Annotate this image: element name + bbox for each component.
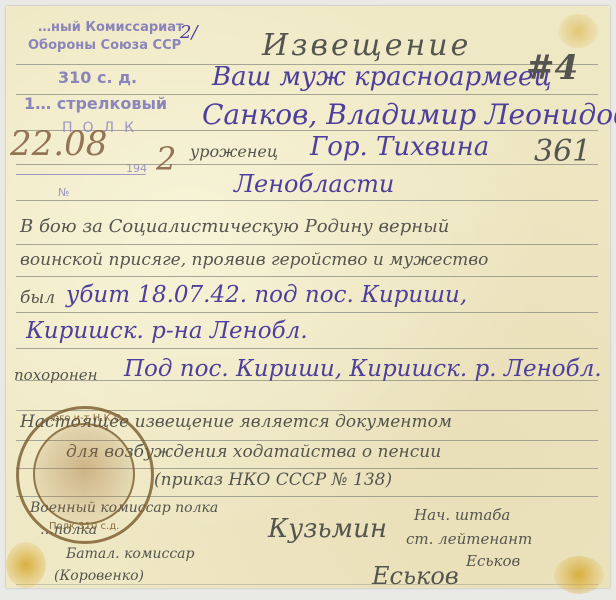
body-line-8: Киришск. р-на Ленобл. [26,318,308,344]
corner-mark: 2/ [180,22,198,43]
ruled-line [16,312,598,313]
body-line-3-prefix: уроженец [190,142,278,161]
official-seal: …ого и-т Н.К.О. Полк 310 с.д. [16,406,154,544]
right-signer-name: Еськов [466,552,520,570]
handwritten-day-mark: 2 [156,140,176,178]
body-line-9-prefix: похоронен [14,366,97,384]
body-line-7-prefix: был [20,288,55,308]
document-paper: …ный Комиссариат Обороны Союза ССР 310 с… [6,6,610,588]
handwritten-date: 22.08 [10,124,107,164]
left-signer-title-3: Батал. комиссар [66,546,194,562]
stamp-date-line [16,174,146,175]
body-line-2: Санков, Владимир Леонидович [202,98,616,131]
seal-top-text: …ого и-т Н.К.О. [43,413,125,424]
body-line-3: Гор. Тихвина [310,132,489,162]
body-line-5: В бою за Социалистическую Родину верный [20,216,449,237]
stamp-defense: Обороны Союза ССР [28,38,181,53]
stamp-division: 310 с. д. [58,68,137,87]
body-line-9: Под пос. Кириши, Киришск. р. Ленобл. [124,356,602,382]
body-line-6: воинской присяге, проявив геройство и му… [20,250,488,270]
right-signature: Еськов [372,562,459,590]
ruled-line [16,276,598,277]
side-number: 361 [534,134,591,169]
stain [558,14,598,48]
stamp-regiment: 1… стрелковый [24,94,167,113]
ruled-line [16,244,598,245]
seal-emblem [33,423,135,525]
seal-bottom-text: Полк 310 с.д. [49,521,119,532]
right-signer-title-2: ст. лейтенант [406,530,532,548]
left-signer-name: (Коровенко) [54,568,144,584]
stain [6,542,46,588]
right-signer-title-1: Нач. штаба [414,506,510,524]
ruled-line [16,584,598,585]
stamp-commissariat: …ный Комиссариат [38,20,184,35]
middle-signature: Кузьмин [268,514,387,544]
ruled-line [16,164,598,165]
body-line-7: убит 18.07.42. под пос. Кириши, [66,282,467,308]
document-title: Извещение [262,28,471,63]
body-line-4: Ленобласти [234,170,394,198]
stain [554,556,604,594]
ruled-line [16,348,598,349]
body-line-12: (приказ НКО СССР № 138) [154,470,392,490]
body-line-1: Ваш муж красноармеец [212,62,552,92]
stamp-number-label: № [58,186,69,199]
ruled-line [16,200,598,201]
